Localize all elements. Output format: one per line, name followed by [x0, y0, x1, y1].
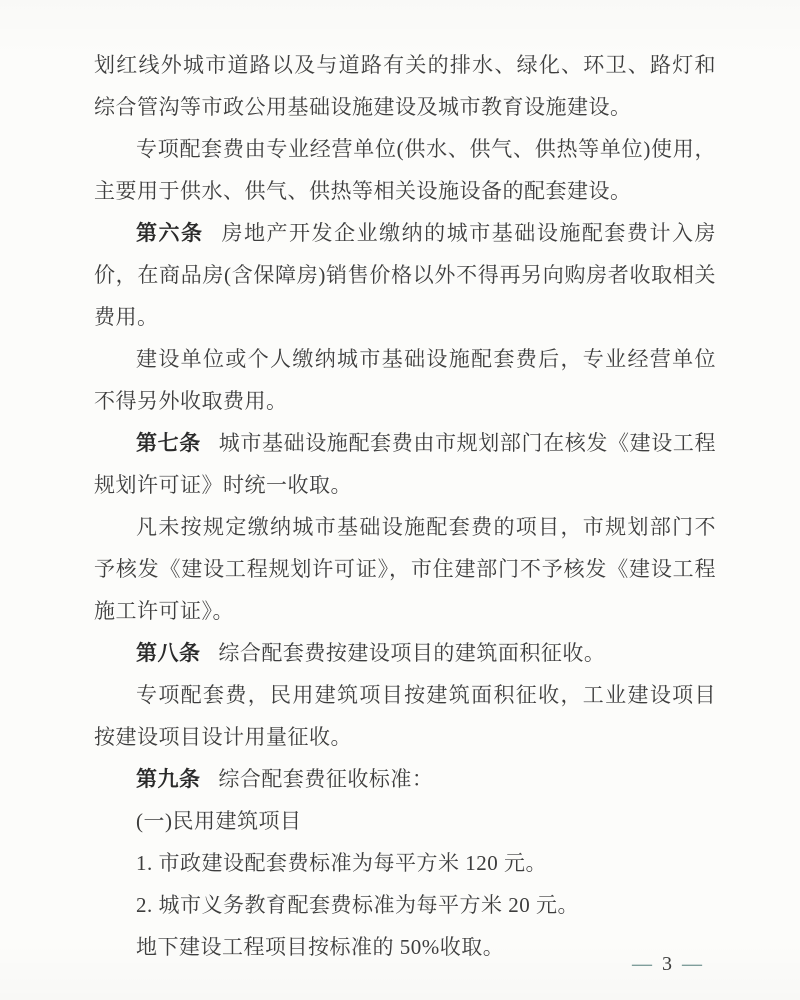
- article-heading: 第九条: [136, 767, 201, 791]
- document-page: 划红线外城市道路以及与道路有关的排水、绿化、环卫、路灯和综合管沟等市政公用基础设…: [0, 0, 800, 1000]
- paragraph: (一)民用建筑项目: [94, 800, 716, 842]
- footer-dash-left: —: [622, 953, 662, 975]
- paragraph-text: 专项配套费，民用建筑项目按建筑面积征收，工业建设项目按建设项目设计用量征收。: [94, 683, 716, 749]
- paragraph: 建设单位或个人缴纳城市基础设施配套费后，专业经营单位不得另外收取费用。: [94, 338, 716, 422]
- page-number: 3: [662, 953, 672, 975]
- paragraph-text: 专项配套费由专业经营单位(供水、供气、供热等单位)使用，主要用于供水、供气、供热…: [94, 137, 716, 203]
- paragraph: 第九条综合配套费征收标准：: [94, 758, 716, 800]
- paragraph-text: 综合配套费按建设项目的建筑面积征收。: [218, 641, 605, 665]
- paragraph: 第八条综合配套费按建设项目的建筑面积征收。: [94, 632, 716, 674]
- paragraph-text: 建设单位或个人缴纳城市基础设施配套费后，专业经营单位不得另外收取费用。: [94, 347, 716, 413]
- paragraph: 专项配套费由专业经营单位(供水、供气、供热等单位)使用，主要用于供水、供气、供热…: [94, 128, 716, 212]
- paragraph: 第七条城市基础设施配套费由市规划部门在核发《建设工程规划许可证》时统一收取。: [94, 422, 716, 506]
- paragraph-text: 划红线外城市道路以及与道路有关的排水、绿化、环卫、路灯和综合管沟等市政公用基础设…: [94, 53, 716, 119]
- paragraph-text: 凡未按规定缴纳城市基础设施配套费的项目，市规划部门不予核发《建设工程规划许可证》…: [94, 515, 716, 623]
- paragraph-text: 地下建设工程项目按标准的 50%收取。: [136, 935, 504, 959]
- document-body: 划红线外城市道路以及与道路有关的排水、绿化、环卫、路灯和综合管沟等市政公用基础设…: [94, 44, 716, 968]
- page-footer: —3—: [622, 953, 712, 976]
- paragraph: 2. 城市义务教育配套费标准为每平方米 20 元。: [94, 884, 716, 926]
- paragraph-text: (一)民用建筑项目: [136, 809, 302, 833]
- paragraph: 专项配套费，民用建筑项目按建筑面积征收，工业建设项目按建设项目设计用量征收。: [94, 674, 716, 758]
- paragraph: 第六条房地产开发企业缴纳的城市基础设施配套费计入房价，在商品房(含保障房)销售价…: [94, 212, 716, 338]
- paragraph: 1. 市政建设配套费标准为每平方米 120 元。: [94, 842, 716, 884]
- paragraph: 划红线外城市道路以及与道路有关的排水、绿化、环卫、路灯和综合管沟等市政公用基础设…: [94, 44, 716, 128]
- article-heading: 第八条: [136, 641, 201, 665]
- article-heading: 第六条: [136, 221, 204, 245]
- paragraph-text: 1. 市政建设配套费标准为每平方米 120 元。: [136, 851, 547, 875]
- paragraph-text: 2. 城市义务教育配套费标准为每平方米 20 元。: [136, 893, 579, 917]
- footer-dash-right: —: [672, 953, 712, 975]
- paragraph: 凡未按规定缴纳城市基础设施配套费的项目，市规划部门不予核发《建设工程规划许可证》…: [94, 506, 716, 632]
- article-heading: 第七条: [136, 431, 201, 455]
- paragraph-text: 综合配套费征收标准：: [218, 767, 433, 791]
